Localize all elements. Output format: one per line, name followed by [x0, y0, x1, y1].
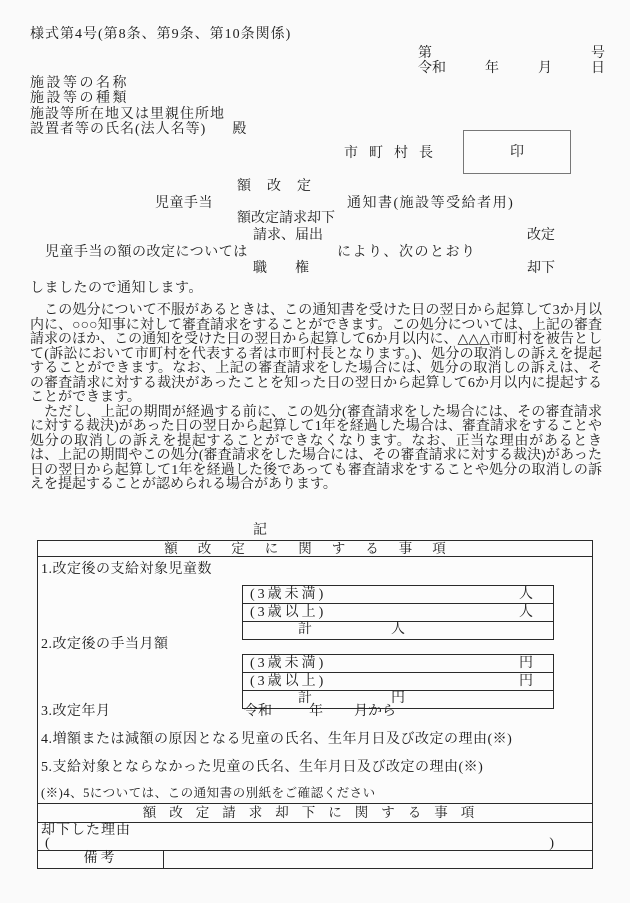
opening-option1: 請求、届出 職 権 [253, 228, 323, 276]
remarks-row: 備考 [38, 850, 592, 868]
children-under3-unit: 人 [519, 587, 553, 603]
amount-under3-row: (3歳未満) 円 [243, 655, 553, 672]
rejection-paren-close: ) [549, 837, 554, 850]
seal-mark: 印 [510, 145, 524, 160]
item3-label: 3.改定年月 [41, 704, 111, 719]
date-month-label: 月 [538, 61, 552, 76]
asterisk-note: (※)4、5については、この通知書の別紙をご確認ください [41, 787, 376, 800]
children-over3-row: (3歳以上) 人 [243, 603, 553, 621]
title-option-request-rejection: 額改定請求却下 [237, 211, 335, 226]
children-total-label: 計 [298, 622, 312, 638]
amount-under3-unit: 円 [519, 656, 553, 672]
item1-label: 1.改定後の支給対象児童数 [41, 562, 212, 577]
founder-name-line: 設置者等の氏名(法人名等) 殿 [30, 122, 246, 137]
rejection-paren-line: ( ) [38, 837, 592, 850]
children-total-row: 計 人 [243, 621, 553, 639]
honorific-dono: 殿 [232, 122, 246, 137]
children-count-table: (3歳未満) 人 (3歳以上) 人 計 人 [242, 585, 554, 640]
monthly-amount-table: (3歳未満) 円 (3歳以上) 円 計 円 [242, 654, 554, 709]
remarks-value [164, 851, 592, 868]
title-tail: 通知書(施設等受給者用) [347, 196, 514, 211]
children-total-unit: 人 [391, 622, 405, 638]
appeal-notice-paragraphs: この処分について不服があるときは、この通知書を受けた日の翌日から起算して3か月以… [30, 304, 602, 493]
option-revised: 改定 [527, 228, 555, 243]
rejection-label: 却下した理由 [38, 823, 592, 837]
appeal-paragraph-1: この処分について不服があるときは、この通知書を受けた日の翌日から起算して3か月以… [30, 304, 602, 406]
date-day-label: 日 [591, 61, 605, 76]
opening-option2: 改定 却下 [527, 228, 555, 276]
children-over3-label: (3歳以上) [243, 605, 326, 621]
option-rejected: 却下 [527, 261, 555, 276]
option-request-report: 請求、届出 [253, 228, 323, 243]
amount-under3-label: (3歳未満) [243, 656, 326, 672]
date-line: 令和 年 月 日 [418, 61, 605, 76]
title-lead: 児童手当 [155, 196, 213, 211]
notice-document: 様式第4号(第8条、第9条、第10条関係) 第 号 令和 年 月 日 施設等の名… [0, 0, 630, 903]
item3-era: 令和 [244, 704, 272, 719]
option-authority: 職 権 [253, 261, 323, 276]
details-table: 額改定に関する事項 1.改定後の支給対象児童数 (3歳未満) 人 (3歳以上) … [37, 540, 593, 869]
opening-closing: しましたので通知します。 [30, 281, 203, 296]
opening-lead: 児童手当の額の改定については [45, 245, 248, 260]
remarks-label: 備考 [38, 851, 164, 868]
amount-over3-label: (3歳以上) [243, 674, 326, 690]
founder-name-label: 設置者等の氏名(法人名等) [30, 122, 206, 137]
item4-label: 4.増額または減額の原因となる児童の氏名、生年月日及び改定の理由(※) [41, 732, 512, 747]
item3-year-label: 年 [309, 704, 323, 719]
item5-label: 5.支給対象とならなかった児童の氏名、生年月日及び改定の理由(※) [41, 760, 483, 775]
children-over3-unit: 人 [519, 605, 553, 621]
children-under3-label: (3歳未満) [243, 587, 326, 603]
doc-number-suffix: 号 [591, 46, 605, 61]
item2-label: 2.改定後の手当月額 [41, 637, 169, 652]
section2-header: 額改定請求却下に関する事項 [38, 803, 592, 823]
appeal-paragraph-2: ただし、上記の期間が経過する前に、この処分(審査請求をした場合には、その審査請求… [30, 406, 602, 493]
rejection-reason-cell: 却下した理由 ( ) [38, 823, 592, 850]
doc-number-line: 第 号 [418, 46, 605, 61]
form-number: 様式第4号(第8条、第9条、第10条関係) [30, 27, 291, 42]
item3-row: 3.改定年月 令和 年 月から [38, 704, 592, 720]
opening-mid: により、次のとおり [337, 245, 477, 260]
title-option-amount-change: 額改定 [237, 179, 335, 194]
item3-month-from-label: 月から [354, 704, 396, 719]
title-options: 額改定 額改定請求却下 [237, 179, 335, 226]
amount-over3-row: (3歳以上) 円 [243, 672, 553, 690]
section1-body: 1.改定後の支給対象児童数 (3歳未満) 人 (3歳以上) 人 計 人 2.改定… [38, 557, 592, 803]
children-under3-row: (3歳未満) 人 [243, 586, 553, 603]
date-era-label: 令和 [418, 61, 446, 76]
rejection-paren-open: ( [45, 837, 50, 850]
date-year-label: 年 [485, 61, 499, 76]
facility-name-label: 施設等の名称 [30, 76, 246, 91]
facility-address-label: 施設等所在地又は里親住所地 [30, 107, 246, 122]
doc-number-prefix: 第 [418, 46, 432, 61]
ki-heading: 記 [0, 523, 520, 538]
seal-box: 印 [463, 130, 571, 174]
addressee-block: 施設等の名称 施設等の種類 施設等所在地又は里親住所地 設置者等の氏名(法人名等… [30, 76, 246, 138]
facility-type-label: 施設等の種類 [30, 91, 246, 106]
section1-header: 額改定に関する事項 [38, 541, 592, 557]
mayor-title: 市町村長 [344, 146, 444, 161]
amount-over3-unit: 円 [519, 674, 553, 690]
